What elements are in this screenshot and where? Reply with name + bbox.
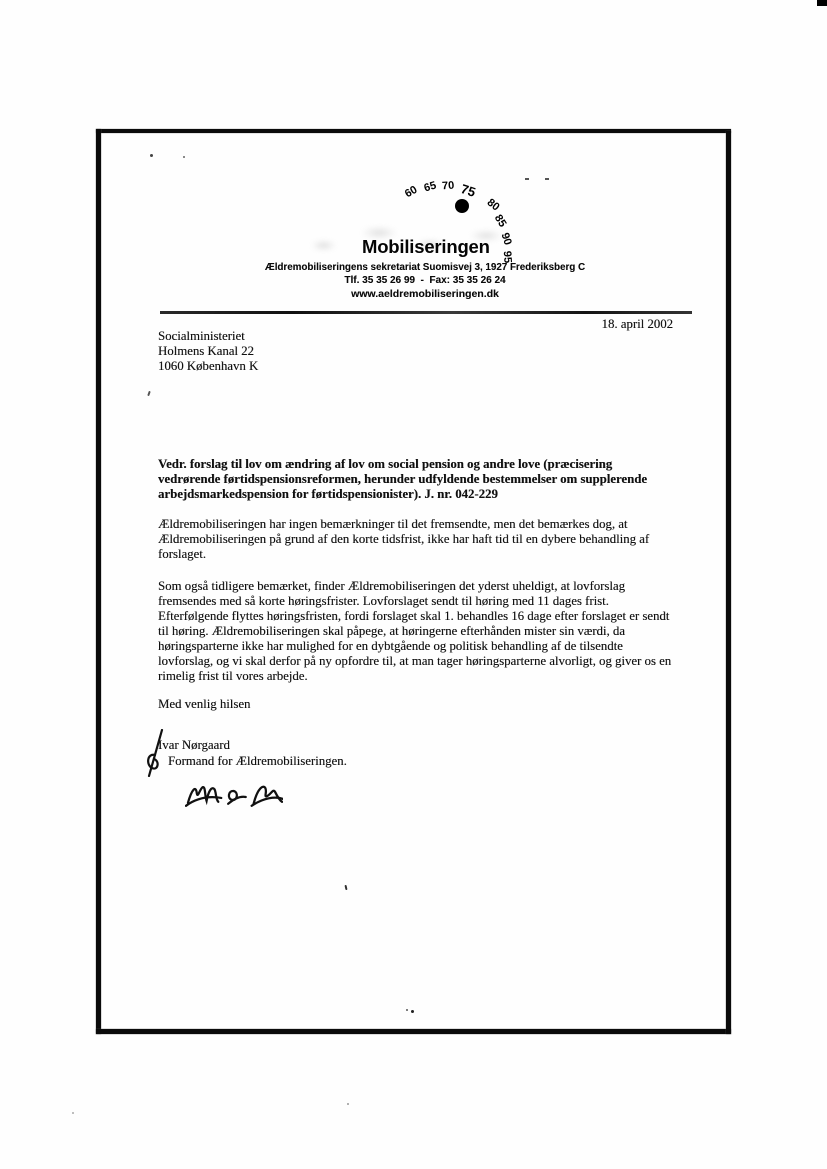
logo-arc-number: 65 xyxy=(423,180,438,195)
recipient-city: 1060 København K xyxy=(158,359,258,374)
scan-speck xyxy=(525,178,529,180)
letterhead-website: www.aeldremobiliseringen.dk xyxy=(145,288,705,300)
logo-arc-number: 75 xyxy=(459,181,477,200)
subject-line: Vedr. forslag til lov om ændring af lov … xyxy=(158,457,647,502)
recipient-street: Holmens Kanal 22 xyxy=(158,344,254,359)
letterhead-address: Ældremobiliseringens sekretariat Suomisv… xyxy=(145,262,705,273)
body-paragraph-2: Som også tidligere bemærket, finder Ældr… xyxy=(158,579,671,684)
scan-speck xyxy=(72,1112,74,1114)
signature-initials xyxy=(143,729,165,777)
corner-scan-mark xyxy=(817,0,827,6)
scan-speck xyxy=(347,1103,349,1105)
header-divider-line xyxy=(160,311,692,314)
letterhead-phone-fax: Tlf. 35 35 26 99 - Fax: 35 35 26 24 xyxy=(145,275,705,286)
scanned-letter-page: 60 65 70 75 80 85 90 95 Mobiliseringen Æ… xyxy=(0,0,827,1169)
frame-right-border xyxy=(726,131,731,1034)
letter-date: 18. april 2002 xyxy=(420,317,673,332)
logo-arc-number: 80 xyxy=(485,197,502,214)
scan-speck xyxy=(411,1010,414,1013)
logo-arc-number: 70 xyxy=(442,180,455,193)
body-paragraph-1: Ældremobiliseringen har ingen bemærkning… xyxy=(158,517,649,562)
recipient-name: Socialministeriet xyxy=(158,329,245,344)
closing-salutation: Med venlig hilsen xyxy=(158,697,250,712)
scan-speck xyxy=(147,391,151,396)
scan-speck xyxy=(345,885,348,890)
frame-left-border xyxy=(96,129,101,1034)
scan-speck xyxy=(406,1009,408,1011)
signer-title: Formand for Ældremobiliseringen. xyxy=(168,754,347,769)
brand-name: Mobiliseringen xyxy=(362,236,490,258)
frame-top-border xyxy=(96,129,731,133)
handwritten-signature xyxy=(185,779,283,811)
logo-dot-icon xyxy=(455,199,469,213)
scan-speck xyxy=(545,178,549,180)
scan-speck xyxy=(150,154,153,157)
frame-bottom-border xyxy=(96,1029,731,1034)
signer-name: Ivar Nørgaard xyxy=(158,738,230,753)
logo-arc-number: 60 xyxy=(403,184,420,201)
scan-speck xyxy=(183,156,185,158)
